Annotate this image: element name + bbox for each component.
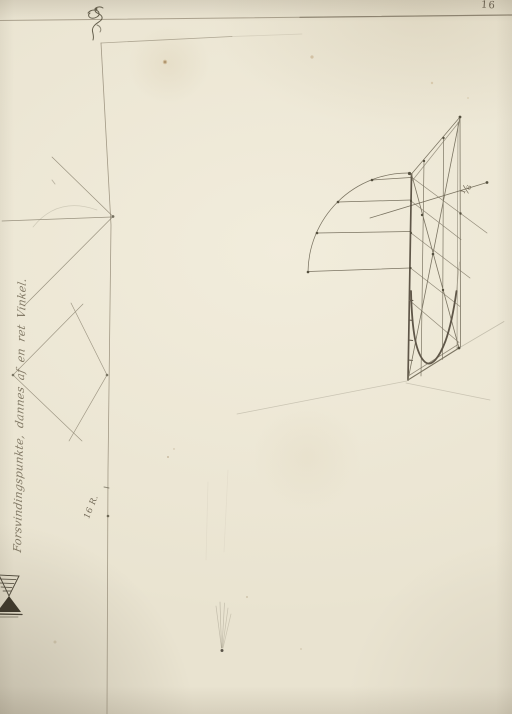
hanging-curve (411, 291, 457, 364)
hourglass-sketch (0, 575, 22, 617)
corner-flourish (88, 7, 103, 40)
margin-rule-line (101, 43, 111, 714)
quarter-arc (308, 173, 409, 272)
faint-extension-right (406, 383, 490, 400)
tassel-sketch (206, 470, 231, 652)
page-border-lines (0, 15, 512, 714)
paper-stains (54, 55, 470, 649)
faint-extension-left (237, 381, 407, 414)
folio-number: 16 (481, 0, 496, 12)
pencil-sketch-layer (0, 0, 512, 714)
sketchbook-page: 16 ⅙ 16 R. Forsvindingspunkte, dannes af… (0, 0, 512, 714)
frame-right-edge (460, 117, 461, 347)
top-pencil-border (101, 37, 232, 44)
frame-bottom-edge (408, 348, 459, 380)
frame-left-edge (408, 174, 412, 380)
window-frame-construction (237, 117, 504, 414)
top-crease-shadow (300, 15, 512, 17)
